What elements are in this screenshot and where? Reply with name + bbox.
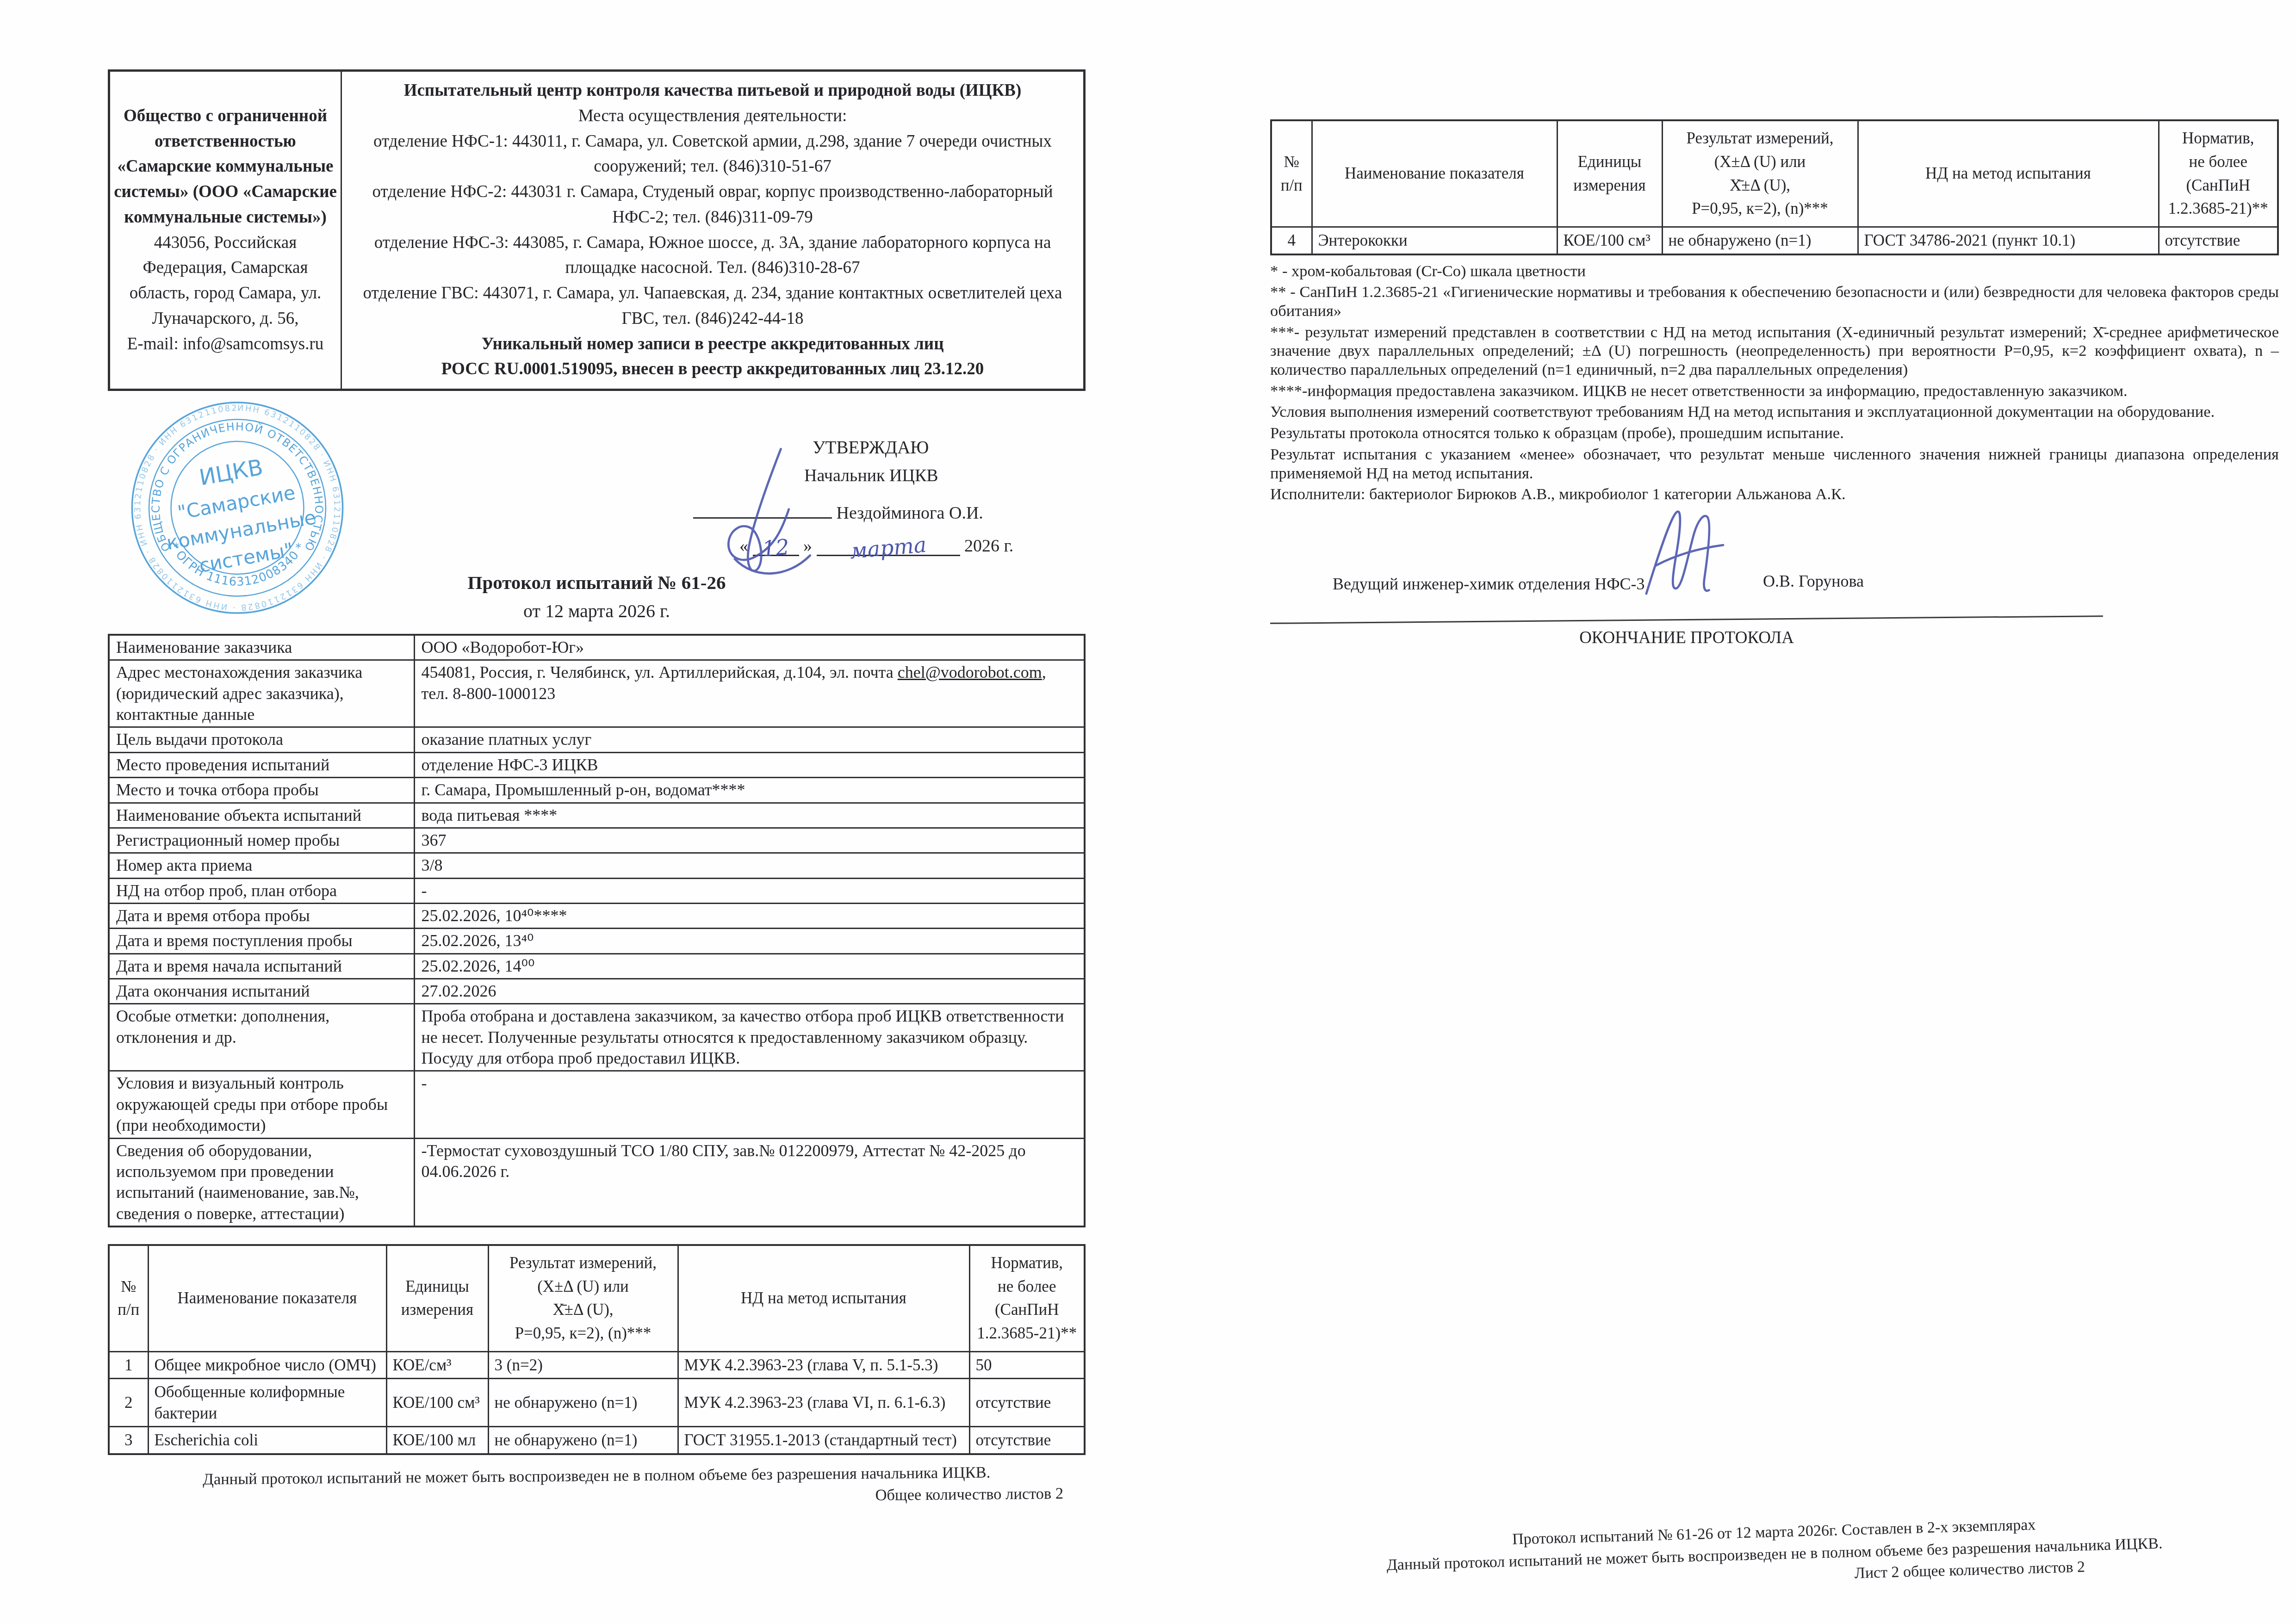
table-row: Место проведения испытаний отделение НФС… xyxy=(109,752,1085,777)
quote-open: « xyxy=(739,536,748,556)
table-header-row: № п/п Наименование показателя Единицы из… xyxy=(109,1245,1085,1352)
indicator-norm: отсутствие xyxy=(2159,227,2278,254)
indicator-result: 3 (n=2) xyxy=(488,1351,678,1379)
info-value: вода питьевая **** xyxy=(414,803,1085,828)
indicator-method: ГОСТ 34786-2021 (пункт 10.1) xyxy=(1858,227,2159,254)
info-label: Дата и время начала испытаний xyxy=(109,954,414,979)
page2-footer: Протокол испытаний № 61-26 от 12 марта 2… xyxy=(1270,1510,2280,1599)
org-name: Общество с ограниченной ответственностью… xyxy=(114,104,337,230)
accreditation-line2: РОСС RU.0001.519095, внесен в реестр акк… xyxy=(354,357,1071,382)
branch-nfs2: отделение НФС-2: 443031 г. Самара, Студе… xyxy=(354,180,1071,230)
table-row: НД на отбор проб, план отбора - xyxy=(109,878,1085,903)
info-label: Номер акта приема xyxy=(109,853,414,878)
table-row: Сведения об оборудовании, используемом п… xyxy=(109,1138,1085,1227)
info-label: Дата и время отбора пробы xyxy=(109,903,414,928)
round-stamp: ИНН 6312110828 · ИНН 6312110828 · ИНН 63… xyxy=(124,398,351,618)
table-row: 3 Escherichia coli КОЕ/100 мл не обнаруж… xyxy=(109,1427,1085,1454)
indicator-result: не обнаружено (n=1) xyxy=(1662,227,1858,254)
table-row: Номер акта приема 3/8 xyxy=(109,853,1085,878)
note-executors: Исполнители: бактериолог Бирюков А.В., м… xyxy=(1270,485,2279,504)
info-value: 454081, Россия, г. Челябинск, ул. Артилл… xyxy=(414,660,1085,727)
engineer-signature-ink xyxy=(1636,499,1733,614)
indicator-method: МУК 4.2.3963-23 (глава VI, п. 6.1-6.3) xyxy=(678,1379,969,1427)
info-value: 25.02.2026, 14⁰⁰ xyxy=(414,954,1085,979)
col-header-method: НД на метод испытания xyxy=(1858,120,2159,227)
signature-line xyxy=(693,502,832,519)
quote-close: » xyxy=(803,536,812,556)
table-row: 4 Энтерококки КОЕ/100 см³ не обнаружено … xyxy=(1271,227,2278,254)
note-sanpin: ** - СанПиН 1.2.3685-21 «Гигиенические н… xyxy=(1270,283,2279,320)
address-text: 454081, Россия, г. Челябинск, ул. Артилл… xyxy=(422,663,898,681)
note-samples-only: Результаты протокола относятся только к … xyxy=(1270,424,2279,443)
org-address: 443056, Российская Федерация, Самарская … xyxy=(114,230,337,332)
note-customer-info: ****-информация предоставлена заказчиком… xyxy=(1270,382,2279,401)
date-day-blank: 12 xyxy=(753,534,799,556)
info-value: - xyxy=(414,878,1085,903)
info-value: г. Самара, Промышленный р-он, водомат***… xyxy=(414,778,1085,803)
info-value: Проба отобрана и доставлена заказчиком, … xyxy=(414,1004,1085,1071)
table-row: Дата и время поступления пробы 25.02.202… xyxy=(109,929,1085,954)
info-label: Место проведения испытаний xyxy=(109,752,414,777)
indicator-units: КОЕ/см³ xyxy=(386,1351,488,1379)
info-value: отделение НФС-3 ИЦКВ xyxy=(414,752,1085,777)
table-row: Дата и время начала испытаний 25.02.2026… xyxy=(109,954,1085,979)
approver-signature-line: Нездойминога О.И. xyxy=(693,502,1054,523)
info-value: - xyxy=(414,1071,1085,1138)
table-row: Место и точка отбора пробы г. Самара, Пр… xyxy=(109,778,1085,803)
col-header-result: Результат измерений, (Х±Δ (U) или Х̄±Δ (… xyxy=(488,1245,678,1352)
indicator-units: КОЕ/100 см³ xyxy=(386,1379,488,1427)
protocol-notes: * - хром-кобальтовая (Cr-Co) шкала цветн… xyxy=(1270,262,2279,504)
info-label: Особые отметки: дополнения, отклонения и… xyxy=(109,1004,414,1071)
page-2: № п/п Наименование показателя Единицы из… xyxy=(1270,119,2279,1623)
note-less-than: Результат испытания с указанием «менее» … xyxy=(1270,445,2279,483)
indicator-method: ГОСТ 31955.1-2013 (стандартный тест) xyxy=(678,1427,969,1454)
col-header-indicator: Наименование показателя xyxy=(148,1245,386,1352)
indicator-result: не обнаружено (n=1) xyxy=(488,1427,678,1454)
indicator-name: Escherichia coli xyxy=(148,1427,386,1454)
stamp-center-line1: ИЦКВ xyxy=(198,455,265,491)
table-row: Общество с ограниченной ответственностью… xyxy=(109,71,1085,390)
approver-role: Начальник ИЦКВ xyxy=(693,465,1054,486)
table-row: Условия и визуальный контроль окружающей… xyxy=(109,1071,1085,1138)
indicator-norm: 50 xyxy=(969,1351,1085,1379)
info-value: ООО «Водоробот-Юг» xyxy=(414,635,1085,660)
row-num: 3 xyxy=(109,1427,148,1454)
engineer-name: О.В. Горунова xyxy=(1763,571,1864,591)
table-row: Адрес местонахождения заказчика (юридиче… xyxy=(109,660,1085,727)
table-row: Особые отметки: дополнения, отклонения и… xyxy=(109,1004,1085,1071)
info-label: Адрес местонахождения заказчика (юридиче… xyxy=(109,660,414,727)
test-center-cell: Испытательный центр контроля качества пи… xyxy=(341,71,1085,390)
info-value: 367 xyxy=(414,828,1085,853)
table-row: Цель выдачи протокола оказание платных у… xyxy=(109,727,1085,752)
indicator-units: КОЕ/100 см³ xyxy=(1557,227,1662,254)
table-row: Наименование заказчика ООО «Водоробот-Юг… xyxy=(109,635,1085,660)
table-row: 2 Обобщенные колиформные бактерии КОЕ/10… xyxy=(109,1379,1085,1427)
info-label: Наименование заказчика xyxy=(109,635,414,660)
note-color-scale: * - хром-кобальтовая (Cr-Co) шкала цветн… xyxy=(1270,262,2279,281)
row-num: 2 xyxy=(109,1379,148,1427)
row-num: 4 xyxy=(1271,227,1312,254)
info-label: Условия и визуальный контроль окружающей… xyxy=(109,1071,414,1138)
info-label: НД на отбор проб, план отбора xyxy=(109,878,414,903)
table-row: Регистрационный номер пробы 367 xyxy=(109,828,1085,853)
sheet-count: Общее количество листов 2 xyxy=(108,1485,1086,1511)
date-year: 2026 г. xyxy=(964,536,1013,556)
info-value: оказание платных услуг xyxy=(414,727,1085,752)
info-value: 25.02.2026, 10⁴⁰**** xyxy=(414,903,1085,928)
table-row: Дата и время отбора пробы 25.02.2026, 10… xyxy=(109,903,1085,928)
indicator-method: МУК 4.2.3963-23 (глава V, п. 5.1-5.3) xyxy=(678,1351,969,1379)
org-cell: Общество с ограниченной ответственностью… xyxy=(109,71,341,390)
end-of-protocol-label: ОКОНЧАНИЕ ПРОТОКОЛА xyxy=(1270,628,2103,648)
note-conditions: Условия выполнения измерений соответству… xyxy=(1270,403,2279,421)
info-value: 27.02.2026 xyxy=(414,979,1085,1004)
col-header-method: НД на метод испытания xyxy=(678,1245,969,1352)
col-header-num: № п/п xyxy=(109,1245,148,1352)
info-label: Дата и время поступления пробы xyxy=(109,929,414,954)
sample-info-table: Наименование заказчика ООО «Водоробот-Юг… xyxy=(108,634,1086,1227)
info-value: -Термостат суховоздушный ТСО 1/80 СПУ, з… xyxy=(414,1138,1085,1227)
table-row: 1 Общее микробное число (ОМЧ) КОЕ/см³ 3 … xyxy=(109,1351,1085,1379)
col-header-norm: Норматив, не более (СанПиН 1.2.3685-21)*… xyxy=(969,1245,1085,1352)
date-month-blank: марта xyxy=(817,534,960,556)
info-label: Цель выдачи протокола xyxy=(109,727,414,752)
customer-email: chel@vodorobot.com xyxy=(898,663,1042,681)
note-measurement-format: ***- результат измерений представлен в с… xyxy=(1270,323,2279,379)
info-value: 3/8 xyxy=(414,853,1085,878)
approver-name: Нездойминога О.И. xyxy=(837,503,983,523)
end-divider-line xyxy=(1270,615,2103,624)
center-subtitle: Места осуществления деятельности: xyxy=(354,104,1071,129)
col-header-units: Единицы измерения xyxy=(386,1245,488,1352)
results-table-page1: № п/п Наименование показателя Единицы из… xyxy=(108,1244,1086,1455)
indicator-norm: отсутствие xyxy=(969,1379,1085,1427)
table-row: Наименование объекта испытаний вода пить… xyxy=(109,803,1085,828)
branch-nfs3: отделение НФС-3: 443085, г. Самара, Южно… xyxy=(354,230,1071,281)
col-header-indicator: Наименование показателя xyxy=(1312,120,1557,227)
scanned-protocol-document: Общество с ограниченной ответственностью… xyxy=(0,0,2296,1623)
col-header-units: Единицы измерения xyxy=(1557,120,1662,227)
branch-gvs: отделение ГВС: 443071, г. Самара, ул. Ча… xyxy=(354,281,1071,332)
info-label: Место и точка отбора пробы xyxy=(109,778,414,803)
page-1: Общество с ограниченной ответственностью… xyxy=(108,69,1086,1507)
letterhead-table: Общество с ограниченной ответственностью… xyxy=(108,69,1086,391)
info-label: Дата окончания испытаний xyxy=(109,979,414,1004)
indicator-name: Обобщенные колиформные бактерии xyxy=(148,1379,386,1427)
col-header-norm: Норматив, не более (СанПиН 1.2.3685-21)*… xyxy=(2159,120,2278,227)
accreditation-line1: Уникальный номер записи в реестре аккред… xyxy=(354,332,1071,357)
indicator-name: Энтерококки xyxy=(1312,227,1557,254)
branch-nfs1: отделение НФС-1: 443011, г. Самара, ул. … xyxy=(354,129,1071,180)
col-header-result: Результат измерений, (Х±Δ (U) или Х̄±Δ (… xyxy=(1662,120,1858,227)
info-label: Наименование объекта испытаний xyxy=(109,803,414,828)
approval-block: УТВЕРЖДАЮ Начальник ИЦКВ Нездойминога О.… xyxy=(693,437,1054,556)
center-title: Испытательный центр контроля качества пи… xyxy=(354,78,1071,104)
info-label: Регистрационный номер пробы xyxy=(109,828,414,853)
engineer-signature-row: Ведущий инженер-химик отделения НФС-3 О.… xyxy=(1270,520,2279,614)
approve-word: УТВЕРЖДАЮ xyxy=(693,437,1054,458)
page1-footer: Данный протокол испытаний не может быть … xyxy=(108,1463,1086,1511)
info-label: Сведения об оборудовании, используемом п… xyxy=(109,1138,414,1227)
engineer-role: Ведущий инженер-химик отделения НФС-3 xyxy=(1333,574,1645,594)
info-value: 25.02.2026, 13⁴⁰ xyxy=(414,929,1085,954)
indicator-units: КОЕ/100 мл xyxy=(386,1427,488,1454)
col-header-num: № п/п xyxy=(1271,120,1312,227)
table-row: Дата окончания испытаний 27.02.2026 xyxy=(109,979,1085,1004)
table-header-row: № п/п Наименование показателя Единицы из… xyxy=(1271,120,2278,227)
results-table-page2: № п/п Наименование показателя Единицы из… xyxy=(1270,119,2279,255)
row-num: 1 xyxy=(109,1351,148,1379)
indicator-name: Общее микробное число (ОМЧ) xyxy=(148,1351,386,1379)
indicator-result: не обнаружено (n=1) xyxy=(488,1379,678,1427)
approval-date-line: « 12 » марта 2026 г. xyxy=(693,534,1054,556)
handwritten-day: 12 xyxy=(761,534,790,562)
org-email: E-mail: info@samcomsys.ru xyxy=(114,332,337,357)
indicator-norm: отсутствие xyxy=(969,1427,1085,1454)
